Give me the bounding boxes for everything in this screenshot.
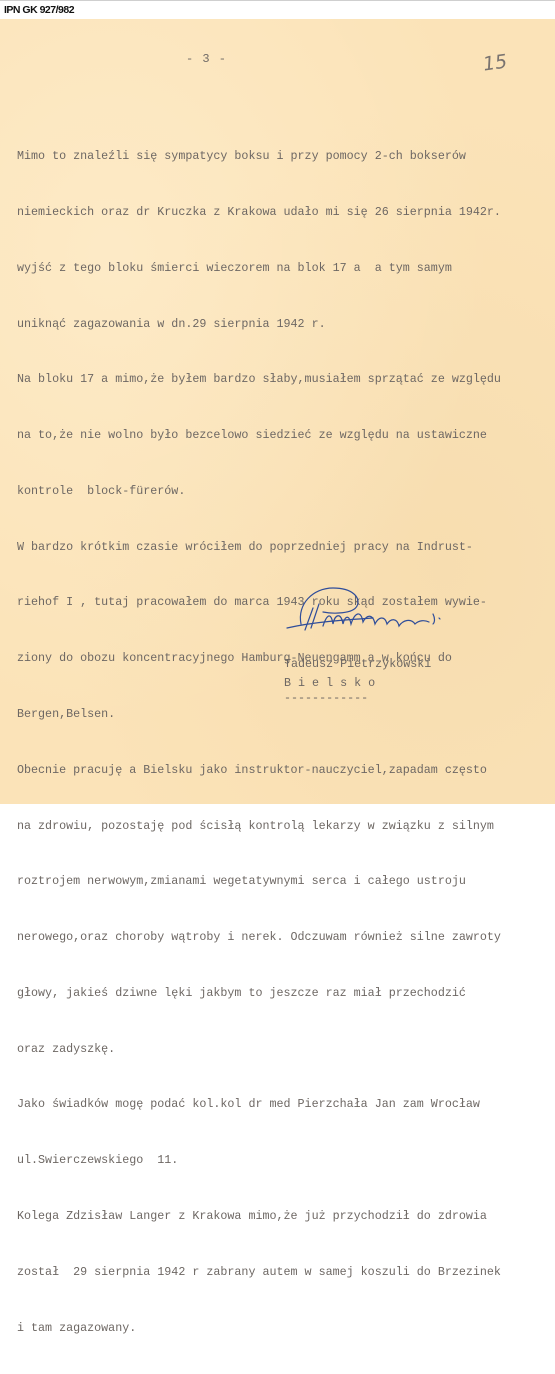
- page-number: - 3 -: [186, 52, 227, 66]
- signatory-place: B i e l s k o: [284, 676, 375, 690]
- text-line: ziony do obozu koncentracyjnego Hamburg-…: [17, 649, 547, 668]
- text-line: riehof I , tutaj pracowałem do marca 194…: [17, 593, 547, 612]
- text-line: Mimo to znaleźli się sympatycy boksu i p…: [17, 147, 547, 166]
- text-line: Obecnie pracuję a Bielsku jako instrukto…: [17, 761, 547, 780]
- text-line: na to,że nie wolno było bezcelowo siedzi…: [17, 426, 547, 445]
- folio-number: 15: [482, 50, 509, 75]
- signatory-name: Tadeusz Pietrzykowski: [284, 657, 431, 671]
- handwritten-signature-icon: [283, 584, 463, 644]
- text-line: kontrole block-fürerów.: [17, 482, 547, 501]
- text-line: wyjść z tego bloku śmierci wieczorem na …: [17, 259, 547, 278]
- document-body: Mimo to znaleźli się sympatycy boksu i p…: [17, 110, 547, 804]
- archive-id: IPN GK 927/982: [4, 4, 74, 16]
- text-line: uniknąć zagazowania w dn.29 sierpnia 194…: [17, 315, 547, 334]
- text-line: Na bloku 17 a mimo,że byłem bardzo słaby…: [17, 370, 547, 389]
- signature-underline: ------------: [284, 691, 368, 705]
- text-line: Bergen,Belsen.: [17, 705, 547, 724]
- archive-header-bar: IPN GK 927/982: [0, 0, 555, 19]
- document-page: - 3 - 15 Mimo to znaleźli się sympatycy …: [0, 19, 555, 804]
- text-line: W bardzo krótkim czasie wróciłem do popr…: [17, 538, 547, 557]
- text-line: niemieckich oraz dr Kruczka z Krakowa ud…: [17, 203, 547, 222]
